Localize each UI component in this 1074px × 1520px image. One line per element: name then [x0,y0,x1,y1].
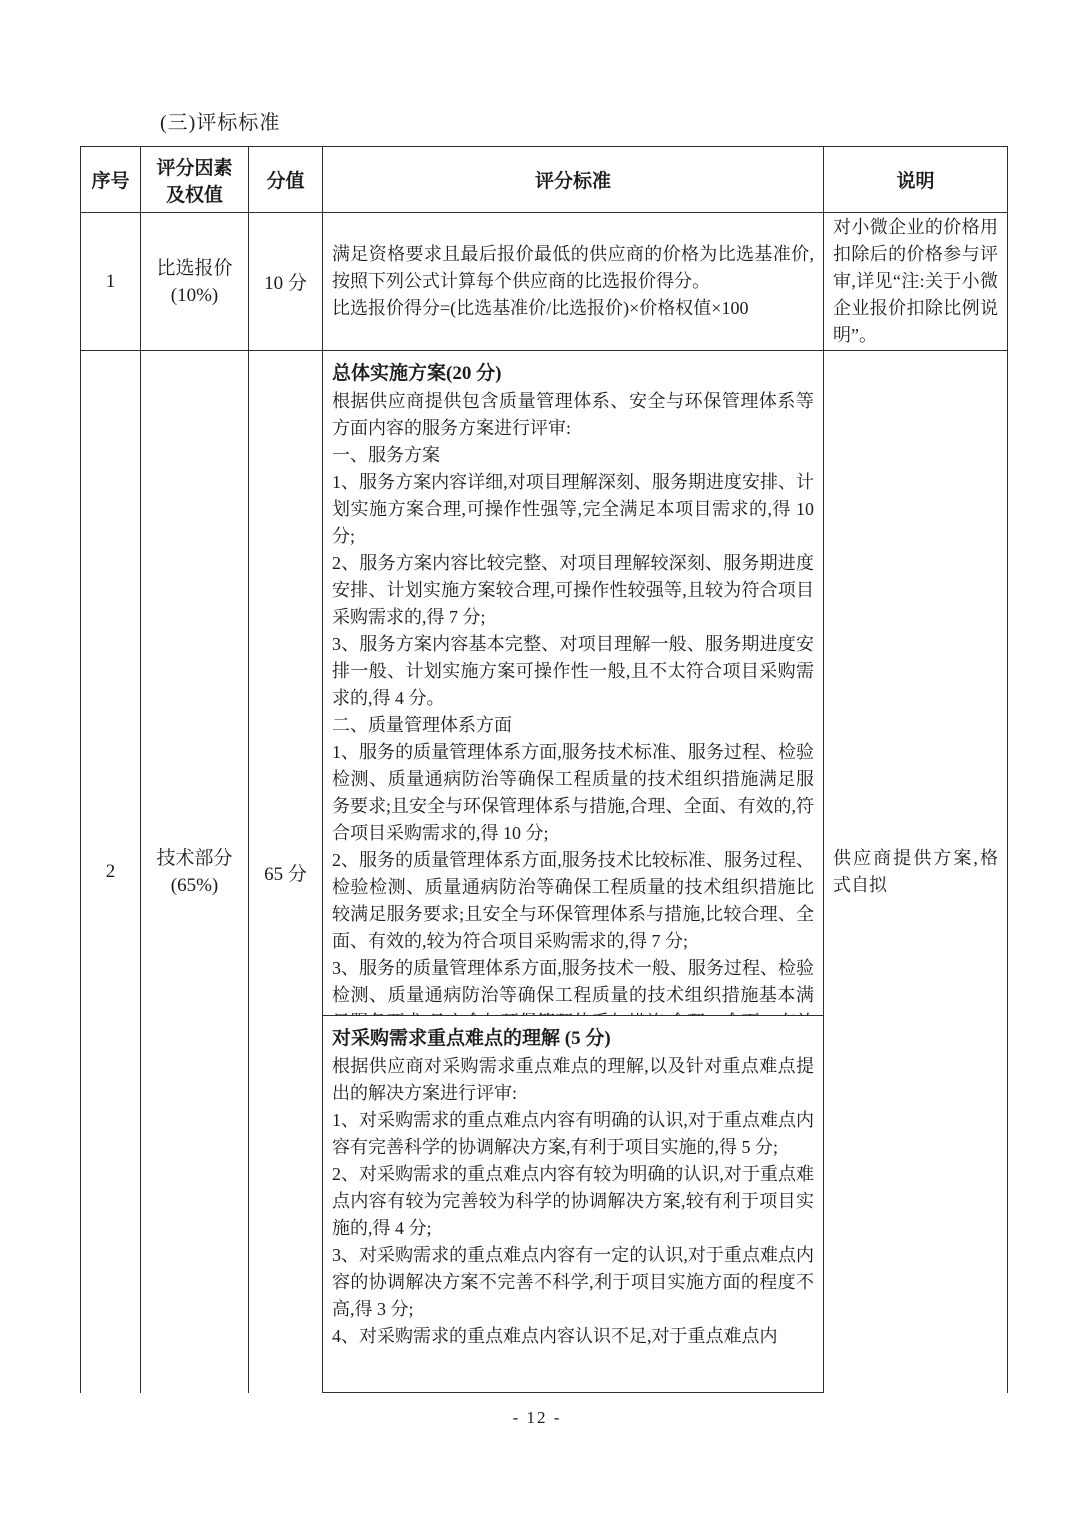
header-criteria: 评分标准 [323,147,824,213]
row1-score: 10 分 [249,213,323,351]
row2-note-text: 供应商提供方案,格式自拟 [833,845,998,899]
criteria-block-key-difficulties: 对采购需求重点难点的理解 (5 分) 根据供应商对采购需求重点难点的理解,以及针… [323,1016,823,1393]
table-header-row: 序号 评分因素 及权值 分值 评分标准 说明 [81,147,1008,213]
header-factor: 评分因素 及权值 [141,147,249,213]
row2-no: 2 [81,351,141,1393]
row1-criteria-text: 满足资格要求且最后报价最低的供应商的价格为比选基准价,按照下列公式计算每个供应商… [332,241,814,322]
header-note: 说明 [824,147,1008,213]
criteria-block-overall-plan: 总体实施方案(20 分) 根据供应商提供包含质量管理体系、安全与环保管理体系等方… [323,351,823,1016]
criteria-block-title: 总体实施方案(20 分) [332,360,814,388]
header-no: 序号 [81,147,141,213]
row1-note: 对小微企业的价格用扣除后的价格参与评审,详见“注:关于小微企业报价扣除比例说明”… [824,213,1008,351]
criteria-block-title: 对采购需求重点难点的理解 (5 分) [332,1025,814,1053]
header-score: 分值 [249,147,323,213]
row2-note: 供应商提供方案,格式自拟 [824,351,1008,1393]
row1-criteria: 满足资格要求且最后报价最低的供应商的价格为比选基准价,按照下列公式计算每个供应商… [323,213,824,351]
row2-criteria: 总体实施方案(20 分) 根据供应商提供包含质量管理体系、安全与环保管理体系等方… [323,351,824,1393]
section-title: (三)评标标准 [160,106,1074,135]
row1-no: 1 [81,213,141,351]
row2-score: 65 分 [249,351,323,1393]
row1-factor: 比选报价 (10%) [141,213,249,351]
evaluation-criteria-table: 序号 评分因素 及权值 分值 评分标准 说明 1 比选报价 (10%) 10 分… [80,146,1008,1393]
criteria-block-body: 根据供应商提供包含质量管理体系、安全与环保管理体系等方面内容的服务方案进行评审:… [332,388,814,1016]
page-number: - 12 - [0,1408,1074,1428]
table-row: 1 比选报价 (10%) 10 分 满足资格要求且最后报价最低的供应商的价格为比… [81,213,1008,351]
row2-factor: 技术部分 (65%) [141,351,249,1393]
criteria-block-body: 根据供应商对采购需求重点难点的理解,以及针对重点难点提出的解决方案进行评审: 1… [332,1053,814,1350]
document-page: (三)评标标准 序号 评分因素 及权值 分值 评分标准 说明 1 比选报价 (1… [0,0,1074,1520]
row1-note-text: 对小微企业的价格用扣除后的价格参与评审,详见“注:关于小微企业报价扣除比例说明”… [833,214,998,349]
table-row: 2 技术部分 (65%) 65 分 总体实施方案(20 分) 根据供应商提供包含… [81,351,1008,1393]
